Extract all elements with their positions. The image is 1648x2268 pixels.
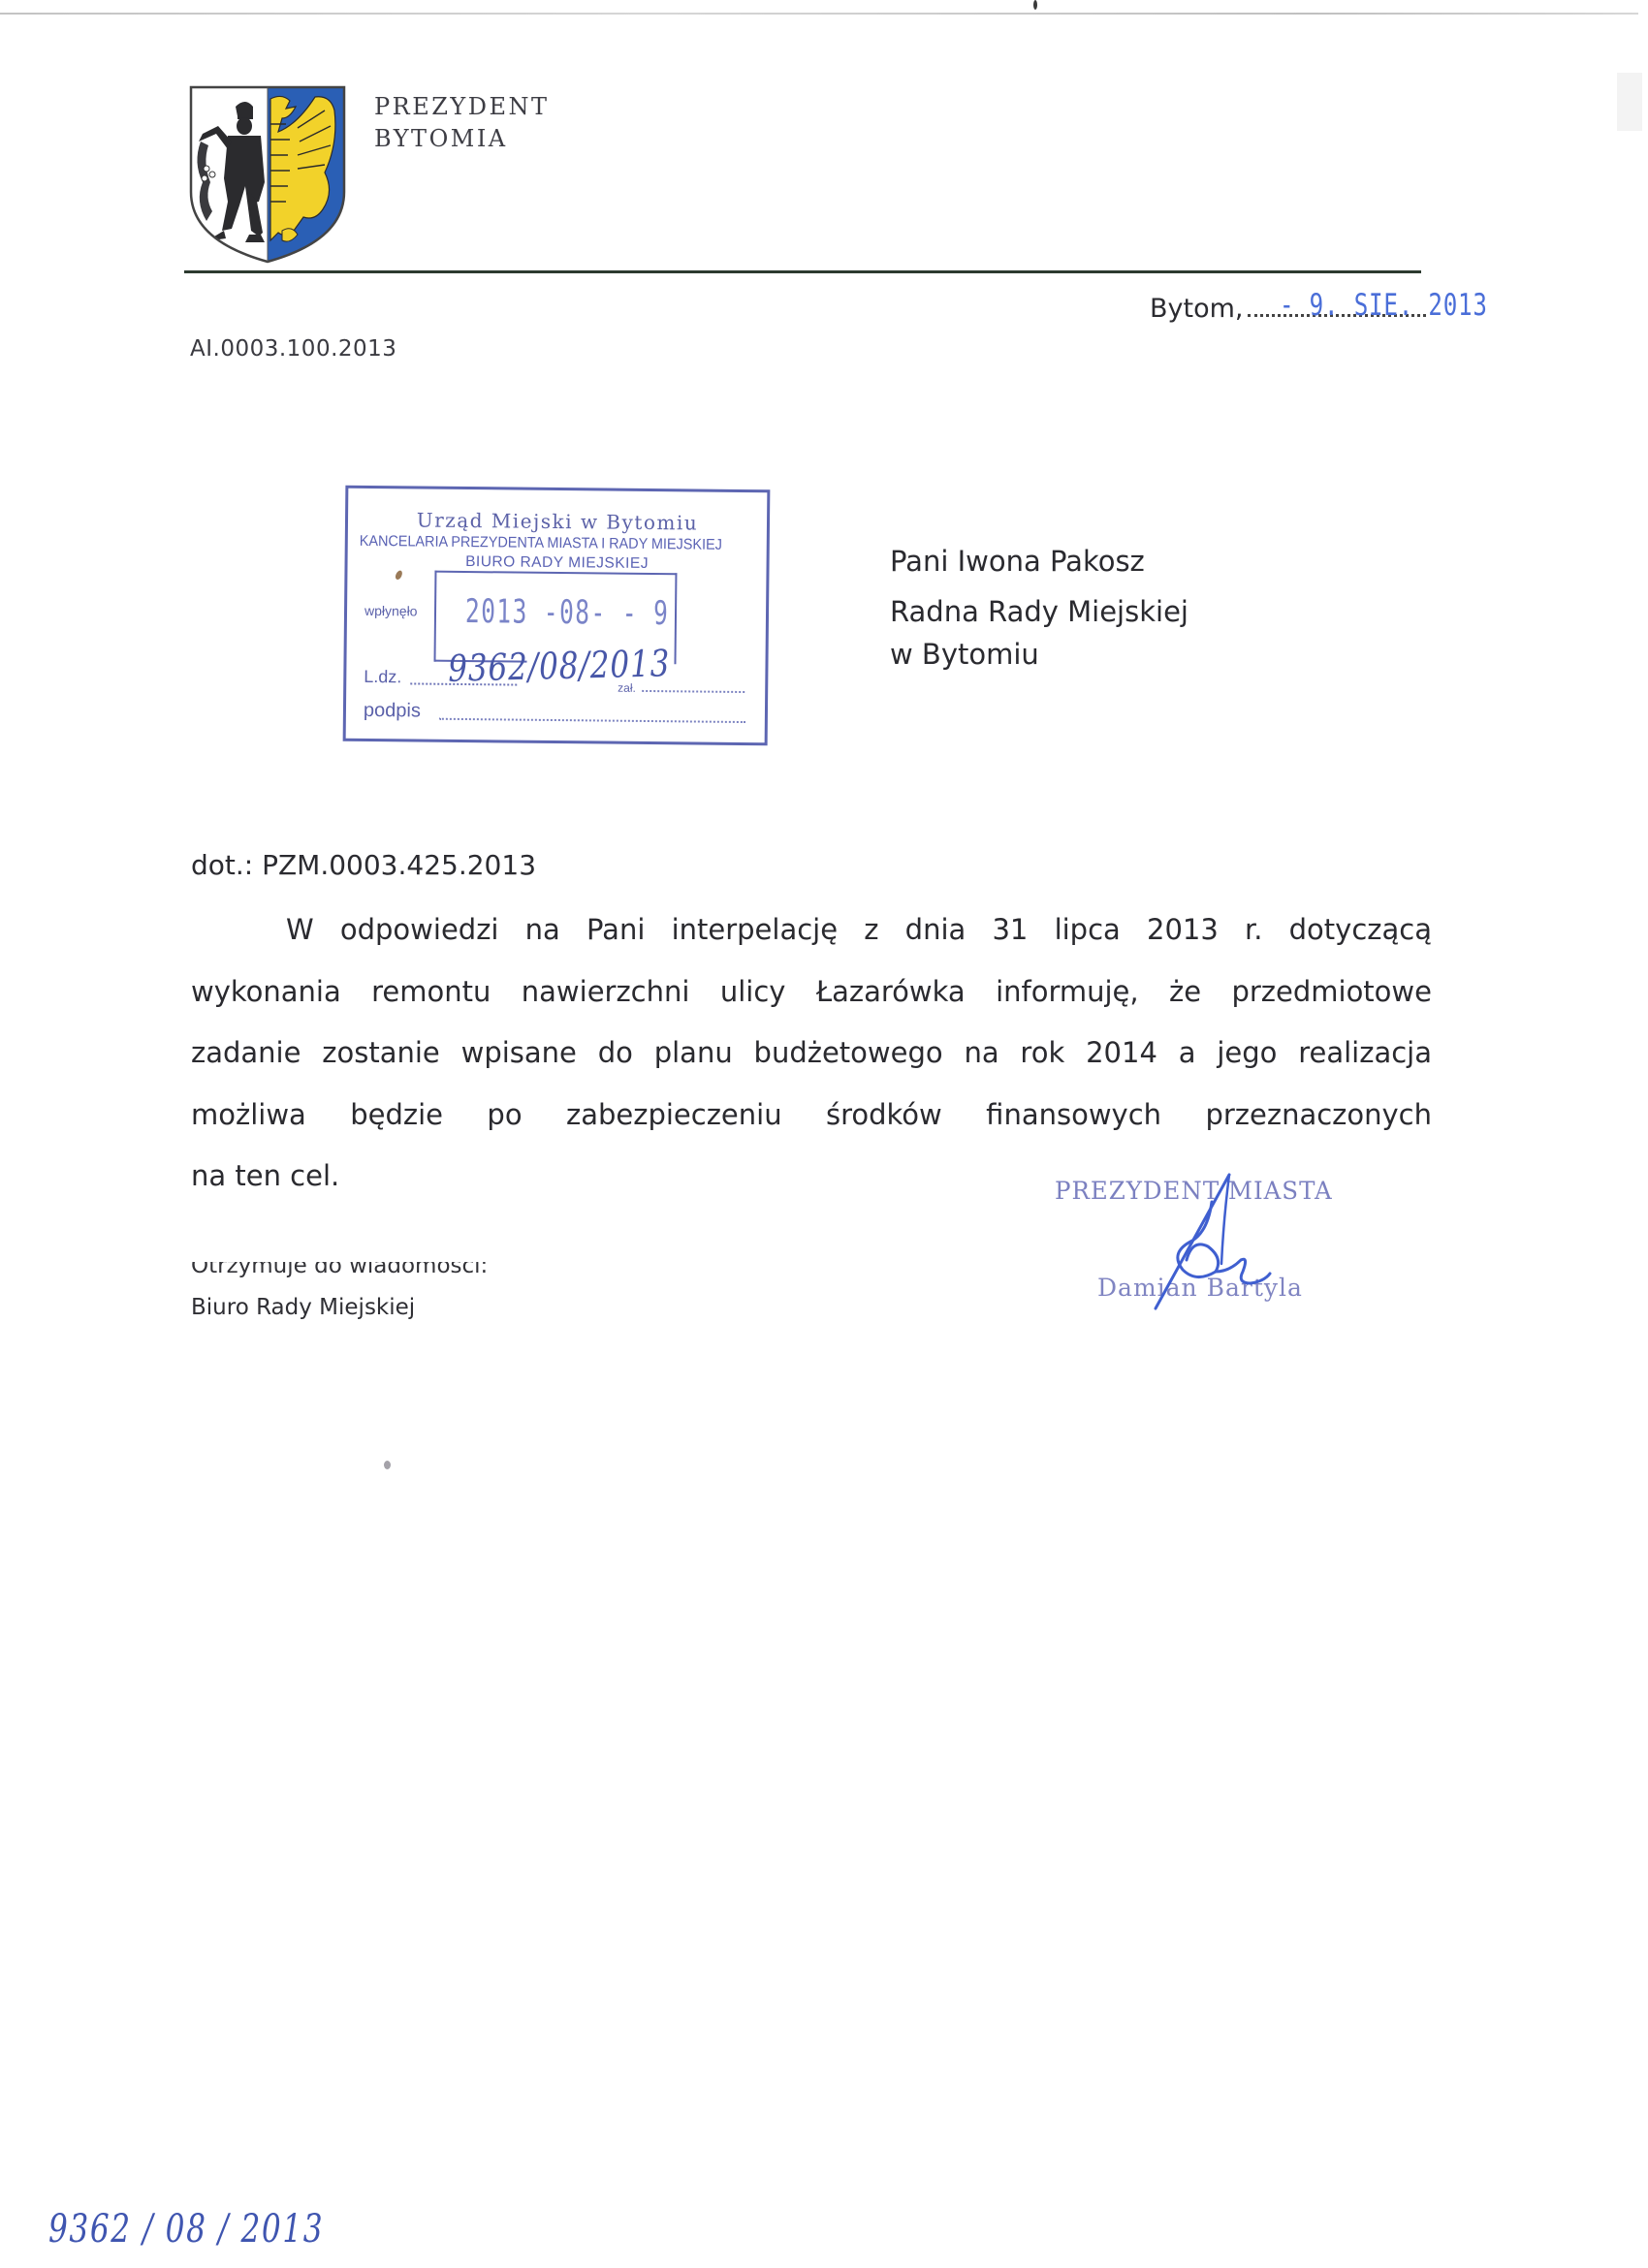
ink-speck xyxy=(395,569,404,581)
letterhead-line-2: BYTOMIA xyxy=(374,123,550,155)
scan-edge-line xyxy=(0,13,1638,15)
scan-speck xyxy=(1033,0,1037,10)
letter-body: W odpowiedzi na Pani interpelację z dnia… xyxy=(191,899,1432,1208)
date-stamp: - 9. SIE. 2013 xyxy=(1280,288,1488,323)
stamp-received-date: 2013 -08- - 9 xyxy=(465,592,670,633)
addressee-location: w Bytomiu xyxy=(890,633,1188,676)
stamp-received-label: wpłynęło xyxy=(364,603,418,619)
stamp-signature-label: podpis xyxy=(364,700,421,723)
scan-edge-shadow xyxy=(1617,73,1642,131)
letterhead-organization: PREZYDENT BYTOMIA xyxy=(374,91,550,155)
stamp-ldz-value: 9362/08/2013 xyxy=(448,642,671,690)
handwritten-registration-number: 9362 / 08 / 2013 xyxy=(48,2207,324,2252)
reference-number: AI.0003.100.2013 xyxy=(190,336,396,362)
body-line: możliwa będzie po zabezpieczeniu środków… xyxy=(191,1085,1432,1147)
body-line: W odpowiedzi na Pani interpelację z dnia… xyxy=(191,899,1432,961)
stamp-ldz-label: L.dz. xyxy=(364,667,401,687)
body-line: zadanie zostanie wpisane do planu budżet… xyxy=(191,1023,1432,1085)
body-line: wykonania remontu nawierzchni ulicy Łaza… xyxy=(191,961,1432,1024)
stamp-attachments-dotted-field xyxy=(642,690,745,693)
cc-label: Otrzymuje do wiadomości: xyxy=(191,1262,488,1281)
stamp-unit: BIURO RADY MIEJSKIEJ xyxy=(347,552,766,575)
addressee-block: Pani Iwona Pakosz Radna Rady Miejskiej w… xyxy=(890,540,1188,676)
stamp-office: Urząd Miejski w Bytomiu xyxy=(348,508,767,536)
letterhead-divider xyxy=(184,270,1421,273)
registration-stamp: Urząd Miejski w Bytomiu KANCELARIA PREZY… xyxy=(343,486,771,746)
stamp-attachments-label: zał. xyxy=(618,681,636,695)
scan-speck xyxy=(384,1461,391,1469)
place-label: Bytom, xyxy=(1150,294,1244,324)
addressee-name: Pani Iwona Pakosz xyxy=(890,540,1188,583)
letterhead-line-1: PREZYDENT xyxy=(374,91,550,123)
stamp-signature-dotted-field xyxy=(439,718,745,723)
handwritten-signature-icon xyxy=(1115,1163,1289,1318)
cc-recipient: Biuro Rady Miejskiej xyxy=(191,1295,415,1320)
cc-label-text: Otrzymuje do wiadomości: xyxy=(191,1262,488,1281)
addressee-title: Radna Rady Miejskiej xyxy=(890,590,1188,633)
stamp-department: KANCELARIA PREZYDENTA MIASTA I RADY MIEJ… xyxy=(360,533,739,554)
subject-reference: dot.: PZM.0003.425.2013 xyxy=(191,849,536,881)
bytom-coat-of-arms-icon xyxy=(189,85,346,264)
